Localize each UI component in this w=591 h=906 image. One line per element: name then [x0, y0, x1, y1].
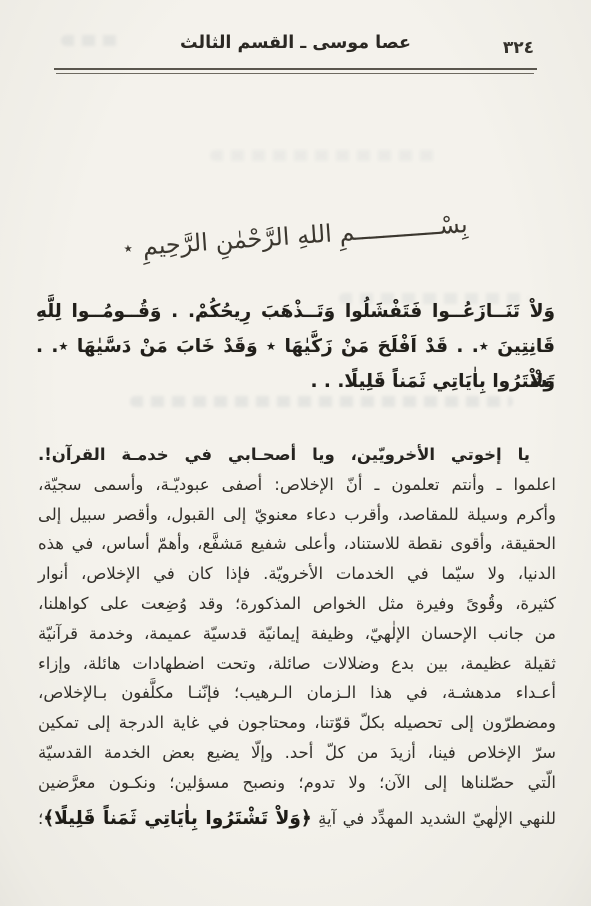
body-line-final: للنهي الإلٰهيّ الشديد المهدِّد في آيةِ ﴿…	[38, 804, 556, 840]
body-text: يا إخوتي الأخرويّين، ويا أصحـابي في خدمـ…	[38, 440, 556, 840]
basmala-text: بِسْــــــــــــمِ اللهِ الرَّحْمٰنِ الر…	[142, 210, 469, 261]
body-line: ومضطرّون إلى تحصيله بكلّ قوّتنا، ومحتاجو…	[38, 708, 556, 738]
header-rule-bottom	[56, 73, 534, 74]
body-line: كثيرة، وقُوىً وفيرة مثل الخواص المذكورة؛…	[38, 589, 556, 619]
page-title: عصا موسى ـ القسم الثالث	[0, 33, 591, 53]
final-line-prefix: للنهي الإلٰهيّ الشديد المهدِّد في آيةِ	[312, 809, 556, 828]
basmala-calligraphy: بِسْــــــــــــمِ اللهِ الرَّحْمٰنِ الر…	[0, 201, 591, 270]
body-line: الدنيا، ولا سيّما في الخدمات الأخرويّة. …	[38, 559, 556, 589]
body-line: اعلموا ـ وأنتم تعلمون ـ أنّ الإخلاص: أصف…	[38, 470, 556, 500]
salutation-line: يا إخوتي الأخرويّين، ويا أصحـابي في خدمـ…	[38, 440, 556, 470]
body-line: أعـداء مدهشـة، في هذا الـزمان الـرهيب؛ ف…	[38, 678, 556, 708]
quran-verse-block: وَلاْ تَنَــازَعُــوا فَتَفْشَلُوا وَتَـ…	[36, 294, 555, 399]
verse-line: قَانِتِينَ ٭. . قَدْ اَفْلَحَ مَنْ زَكَّ…	[36, 329, 555, 364]
bleedthrough-smudge	[210, 150, 441, 161]
body-line: من جانب الإحسان الإلٰهيّ، وظيفة إيمانيّة…	[38, 619, 556, 649]
body-line: الّتي حصّلناها إلى الآن؛ ولا تدوم؛ ونصبح…	[38, 768, 556, 798]
verse-line: تَشْتَرُوا بِاٰيَاتِي ثَمَناً قَلِيلًا. …	[36, 364, 555, 399]
inline-quran-quote: ﴿وَلاْ تَشْتَرُوا بِاٰيَاتِي ثَمَناً قَل…	[43, 808, 312, 829]
book-page: ٣٢٤ عصا موسى ـ القسم الثالث بِسْــــــــ…	[0, 0, 591, 906]
body-line: وأكرم وسيلة للمقاصد، وأقرب دعاء معنويّ إ…	[38, 500, 556, 530]
body-line: الحقيقة، وأقوى نقطة للاستناد، وأعلى شفيع…	[38, 529, 556, 559]
verse-line: وَلاْ تَنَــازَعُــوا فَتَفْشَلُوا وَتَـ…	[36, 294, 555, 329]
star-ornament-icon: ٭	[123, 238, 144, 259]
header-rule-top	[54, 68, 537, 70]
body-line: سرّ الإخلاص فينا، أزيدَ من كلّ أحد. وإلّ…	[38, 738, 556, 768]
body-line: ثقيلة عظيمة، بين بدع وضلالات صائلة، وتحت…	[38, 649, 556, 679]
